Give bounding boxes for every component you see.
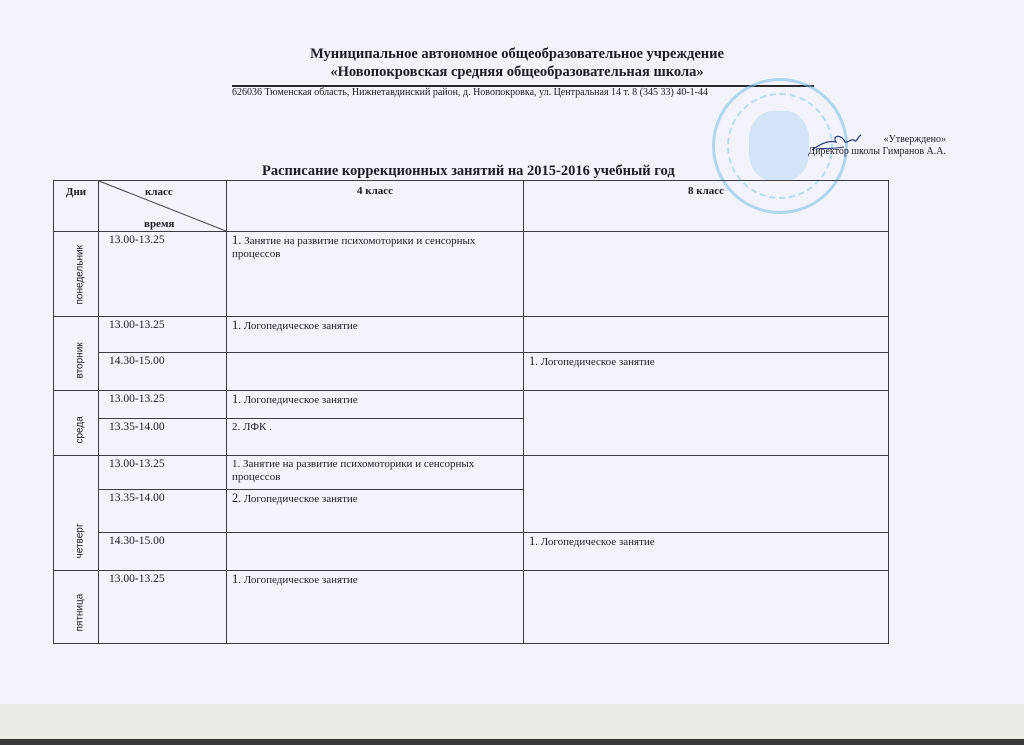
day-tuesday: вторник <box>54 317 99 391</box>
header-grade-8: 8 класс <box>524 181 889 232</box>
time-slot: 13.35-14.00 <box>99 419 227 456</box>
header-class-label: класс <box>145 186 173 198</box>
lesson-grade-8: 1. Логопедическое занятие <box>524 533 889 571</box>
table-row: 14.30-15.00 1. Логопедическое занятие <box>54 533 889 571</box>
time-slot: 13.00-13.25 <box>99 456 227 490</box>
time-slot: 13.00-13.25 <box>99 571 227 644</box>
school-address: 626036 Тюменская область, Нижнетавдински… <box>232 87 708 98</box>
table-header-row: Дни класс время 4 класс 8 класс <box>54 181 889 232</box>
scan-edge <box>0 739 1024 745</box>
lesson-grade-8 <box>524 317 889 353</box>
lesson-grade-4 <box>227 353 524 391</box>
table-row: четверг 13.00-13.25 1. Занятие на развит… <box>54 456 889 490</box>
day-wednesday: среда <box>54 391 99 456</box>
day-friday: пятница <box>54 571 99 644</box>
lesson-grade-4: 2. ЛФК . <box>227 419 524 456</box>
day-thursday: четверг <box>54 456 99 571</box>
document-header: Муниципальное автономное общеобразовател… <box>0 45 1024 81</box>
document-title: Расписание коррекционных занятий на 2015… <box>262 163 675 180</box>
lesson-grade-8 <box>524 232 889 317</box>
lesson-grade-4: 1. Логопедическое занятие <box>227 571 524 644</box>
lesson-grade-4: 1. Логопедическое занятие <box>227 391 524 419</box>
approval-status: «Утверждено» <box>808 134 946 146</box>
header-grade-4: 4 класс <box>227 181 524 232</box>
table-row: пятница 13.00-13.25 1. Логопедическое за… <box>54 571 889 644</box>
table-row: 14.30-15.00 1. Логопедическое занятие <box>54 353 889 391</box>
lesson-grade-8 <box>524 456 889 533</box>
header-time-label: время <box>144 218 174 230</box>
header-class-time: класс время <box>99 181 227 232</box>
org-name-line2: «Новопокровская средняя общеобразователь… <box>10 63 1024 81</box>
time-slot: 13.00-13.25 <box>99 317 227 353</box>
header-days: Дни <box>54 181 99 232</box>
lesson-grade-4: 1. Занятие на развитие психомоторики и с… <box>227 456 524 490</box>
table-row: понедельник 13.00-13.25 1. Занятие на ра… <box>54 232 889 317</box>
lesson-grade-4: 1. Логопедическое занятие <box>227 317 524 353</box>
schedule-table: Дни класс время 4 класс 8 класс понедель… <box>53 180 889 644</box>
lesson-grade-4: 1. Занятие на развитие психомоторики и с… <box>227 232 524 317</box>
table-row: среда 13.00-13.25 1. Логопедическое заня… <box>54 391 889 419</box>
time-slot: 14.30-15.00 <box>99 533 227 571</box>
scan-bottom-margin <box>0 704 1024 739</box>
lesson-grade-4 <box>227 533 524 571</box>
approval-signatory: Директор школы Гимранов А.А. <box>808 146 946 158</box>
time-slot: 13.00-13.25 <box>99 232 227 317</box>
lesson-grade-8 <box>524 391 889 456</box>
lesson-grade-4: 2. Логопедическое занятие <box>227 490 524 533</box>
org-name-line1: Муниципальное автономное общеобразовател… <box>10 45 1024 63</box>
table-row: вторник 13.00-13.25 1. Логопедическое за… <box>54 317 889 353</box>
approval-block: «Утверждено» Директор школы Гимранов А.А… <box>808 134 946 158</box>
time-slot: 14.30-15.00 <box>99 353 227 391</box>
time-slot: 13.35-14.00 <box>99 490 227 533</box>
lesson-grade-8 <box>524 571 889 644</box>
day-monday: понедельник <box>54 232 99 317</box>
time-slot: 13.00-13.25 <box>99 391 227 419</box>
lesson-grade-8: 1. Логопедическое занятие <box>524 353 889 391</box>
